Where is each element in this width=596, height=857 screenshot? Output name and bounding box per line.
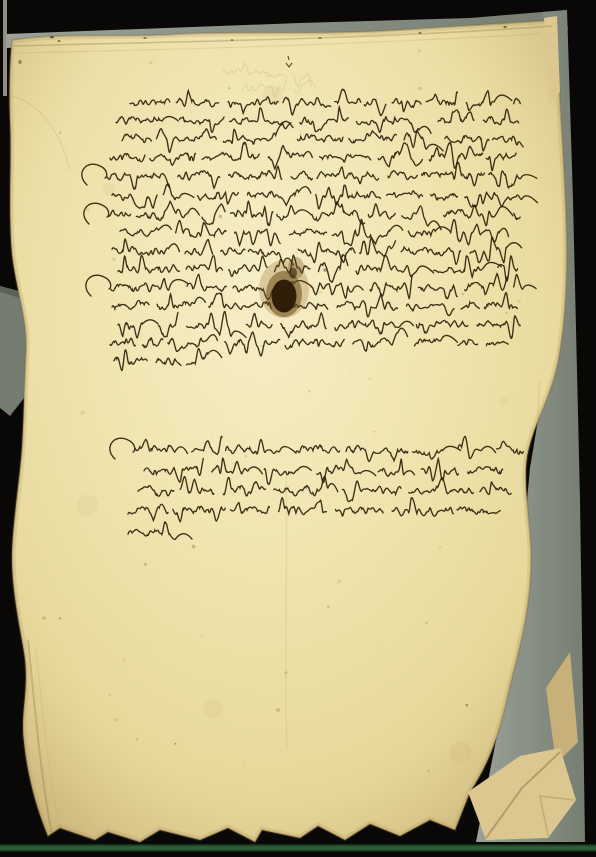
faint-stain	[76, 494, 98, 516]
foxing-speck	[244, 455, 247, 458]
foxing-speck	[462, 293, 464, 295]
foxing-speck	[309, 391, 311, 393]
foxing-speck	[42, 616, 46, 620]
torn-edge-speck	[231, 39, 234, 41]
foxing-speck	[112, 258, 115, 261]
foxing-speck	[149, 61, 152, 64]
foxing-speck	[86, 208, 90, 212]
faint-stain	[450, 741, 472, 763]
torn-edge-speck	[18, 60, 21, 64]
foxing-speck	[423, 267, 424, 268]
torn-edge-speck	[143, 37, 146, 39]
foxing-speck	[518, 300, 521, 303]
foxing-speck	[300, 132, 302, 134]
foxing-speck	[342, 556, 343, 557]
torn-edge-speck	[318, 37, 321, 39]
foxing-speck	[465, 704, 468, 707]
foxing-speck	[439, 546, 441, 548]
foxing-speck	[261, 345, 264, 348]
foxing-speck	[59, 617, 62, 620]
foxing-speck	[81, 411, 85, 415]
foxing-speck	[174, 743, 176, 745]
torn-edge-speck	[418, 32, 421, 34]
foxing-speck	[418, 50, 421, 53]
manuscript-photo	[0, 0, 596, 857]
foxing-speck	[505, 312, 507, 314]
foxing-speck	[212, 432, 213, 433]
foxing-speck	[149, 642, 150, 643]
torn-edge-speck	[503, 26, 506, 28]
table-edge-band	[0, 844, 596, 852]
foxing-speck	[425, 621, 428, 624]
ink-blot-core	[272, 280, 297, 313]
foxing-speck	[89, 817, 90, 818]
foxing-speck	[159, 328, 160, 329]
foxing-speck	[109, 694, 111, 696]
ink-blot-smear-core	[289, 268, 297, 279]
foxing-speck	[285, 671, 288, 674]
faint-stain	[499, 397, 508, 406]
faint-stain	[204, 699, 223, 718]
foxing-speck	[276, 708, 280, 712]
foxing-speck	[219, 215, 223, 219]
foxing-speck	[115, 718, 119, 722]
foxing-speck	[418, 87, 421, 90]
foxing-speck	[244, 762, 245, 763]
foxing-speck	[228, 87, 230, 89]
foxing-speck	[379, 647, 381, 649]
foxing-speck	[59, 131, 62, 134]
torn-edge-speck	[58, 40, 61, 42]
foxing-speck	[327, 606, 329, 608]
foxing-speck	[136, 738, 138, 740]
foxing-speck	[368, 377, 371, 380]
foxing-speck	[319, 291, 322, 294]
foxing-speck	[373, 431, 375, 433]
foxing-speck	[427, 770, 430, 773]
foxing-speck	[192, 545, 196, 549]
manuscript-scene	[0, 0, 596, 857]
foxing-speck	[349, 371, 350, 372]
foxing-speck	[201, 636, 203, 638]
foxing-speck	[123, 658, 126, 661]
paper-leaf-vignette	[10, 20, 567, 842]
foxing-speck	[338, 580, 341, 583]
backing-left-sliver	[3, 0, 7, 96]
foxing-speck	[144, 563, 147, 566]
